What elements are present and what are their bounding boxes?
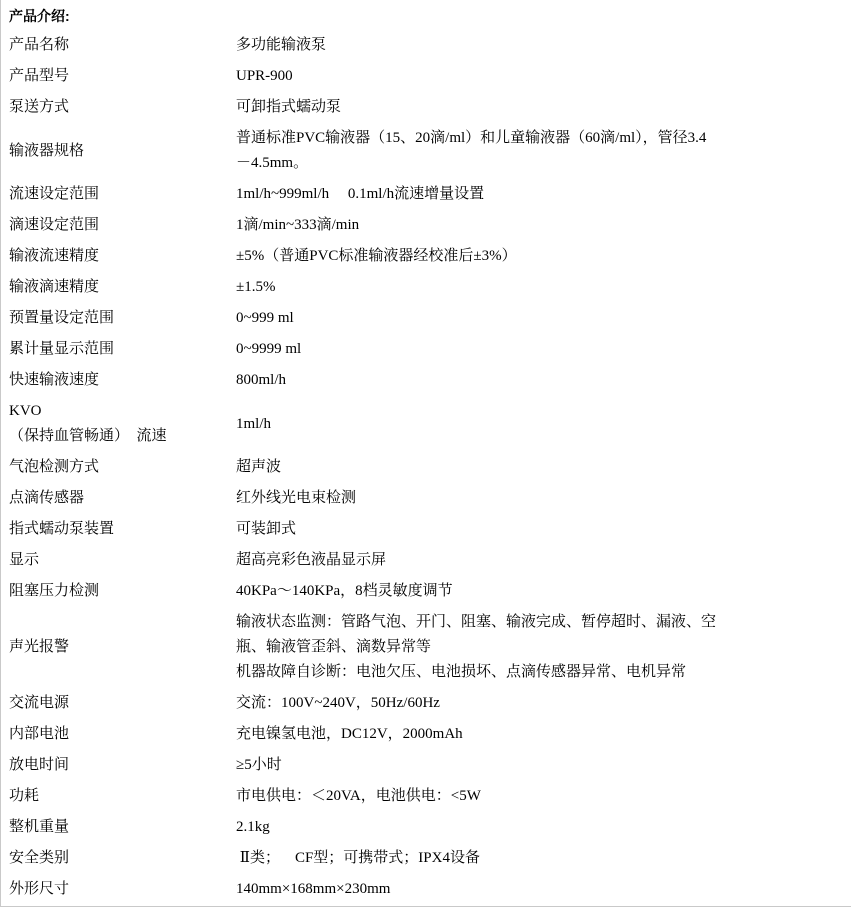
spec-label: KVO （保持血管畅通） 流速 xyxy=(1,399,236,449)
spec-value: ±5%（普通PVC标准输液器经校准后±3%） xyxy=(236,244,517,269)
spec-row: 指式蠕动泵装置 可装卸式 xyxy=(1,514,851,545)
spec-label: 交流电源 xyxy=(1,691,236,716)
spec-row: 累计量显示范围 0~9999 ml xyxy=(1,334,851,365)
spec-value: 800ml/h xyxy=(236,368,286,393)
spec-row: 阻塞压力检测 40KPa～140KPa，8档灵敏度调节 xyxy=(1,576,851,607)
spec-row: 气泡检测方式 超声波 xyxy=(1,452,851,483)
spec-value: 输液状态监测：管路气泡、开门、阻塞、输液完成、暂停超时、漏液、空 瓶、输液管歪斜… xyxy=(236,610,716,685)
page-title: 产品介绍: xyxy=(1,8,851,24)
spec-row: 泵送方式 可卸指式蠕动泵 xyxy=(1,92,851,123)
spec-table: 产品名称 多功能输液泵 产品型号 UPR-900 泵送方式 可卸指式蠕动泵 输液… xyxy=(1,30,851,905)
spec-row: 输液滴速精度 ±1.5% xyxy=(1,272,851,303)
product-spec-page: 产品介绍: 产品名称 多功能输液泵 产品型号 UPR-900 泵送方式 可卸指式… xyxy=(0,0,851,907)
spec-row: 显示 超高亮彩色液晶显示屏 xyxy=(1,545,851,576)
spec-label: 安全类别 xyxy=(1,846,236,871)
spec-label: 阻塞压力检测 xyxy=(1,579,236,604)
spec-label: 显示 xyxy=(1,548,236,573)
spec-label: 预置量设定范围 xyxy=(1,306,236,331)
spec-value: 充电镍氢电池，DC12V，2000mAh xyxy=(236,722,463,747)
spec-label: 声光报警 xyxy=(1,635,236,660)
spec-value: 1滴/min~333滴/min xyxy=(236,213,359,238)
spec-value: 0~999 ml xyxy=(236,306,294,331)
spec-label: 快速输液速度 xyxy=(1,368,236,393)
spec-row: 流速设定范围 1ml/h~999ml/h 0.1ml/h流速增量设置 xyxy=(1,179,851,210)
spec-row: 产品名称 多功能输液泵 xyxy=(1,30,851,61)
spec-row: 功耗 市电供电：＜20VA，电池供电：<5W xyxy=(1,781,851,812)
spec-row: 输液流速精度 ±5%（普通PVC标准输液器经校准后±3%） xyxy=(1,241,851,272)
spec-label: 气泡检测方式 xyxy=(1,455,236,480)
spec-value: 超声波 xyxy=(236,455,281,480)
spec-value: 140mm×168mm×230mm xyxy=(236,877,390,902)
spec-value: 超高亮彩色液晶显示屏 xyxy=(236,548,386,573)
spec-label: 内部电池 xyxy=(1,722,236,747)
spec-label: 功耗 xyxy=(1,784,236,809)
spec-row: 预置量设定范围 0~999 ml xyxy=(1,303,851,334)
spec-value: ±1.5% xyxy=(236,275,275,300)
spec-row: 滴速设定范围 1滴/min~333滴/min xyxy=(1,210,851,241)
spec-value: 0~9999 ml xyxy=(236,337,301,362)
spec-value: Ⅱ类； CF型；可携带式；IPX4设备 xyxy=(236,846,480,871)
spec-label: 放电时间 xyxy=(1,753,236,778)
spec-value: ≥5小时 xyxy=(236,753,282,778)
spec-label: 输液器规格 xyxy=(1,139,236,164)
spec-label: 流速设定范围 xyxy=(1,182,236,207)
spec-value: 多功能输液泵 xyxy=(236,33,326,58)
spec-row: 产品型号 UPR-900 xyxy=(1,61,851,92)
spec-label: 滴速设定范围 xyxy=(1,213,236,238)
spec-label: 输液滴速精度 xyxy=(1,275,236,300)
spec-label: 外形尺寸 xyxy=(1,877,236,902)
spec-value: 2.1kg xyxy=(236,815,270,840)
spec-value: 市电供电：＜20VA，电池供电：<5W xyxy=(236,784,481,809)
spec-value: UPR-900 xyxy=(236,64,293,89)
spec-value: 普通标准PVC输液器（15、20滴/ml）和儿童输液器（60滴/ml），管径3.… xyxy=(236,126,706,176)
spec-label: 整机重量 xyxy=(1,815,236,840)
spec-row: 点滴传感器 红外线光电束检测 xyxy=(1,483,851,514)
spec-label: 累计量显示范围 xyxy=(1,337,236,362)
spec-row: 内部电池 充电镍氢电池，DC12V，2000mAh xyxy=(1,719,851,750)
spec-value: 40KPa～140KPa，8档灵敏度调节 xyxy=(236,579,453,604)
spec-label: 产品型号 xyxy=(1,64,236,89)
spec-row: 输液器规格 普通标准PVC输液器（15、20滴/ml）和儿童输液器（60滴/ml… xyxy=(1,123,851,179)
spec-row: 交流电源 交流：100V~240V，50Hz/60Hz xyxy=(1,688,851,719)
spec-label: 点滴传感器 xyxy=(1,486,236,511)
spec-row: 外形尺寸 140mm×168mm×230mm xyxy=(1,874,851,905)
spec-label: 输液流速精度 xyxy=(1,244,236,269)
spec-value: 红外线光电束检测 xyxy=(236,486,356,511)
spec-row: 声光报警 输液状态监测：管路气泡、开门、阻塞、输液完成、暂停超时、漏液、空 瓶、… xyxy=(1,607,851,688)
spec-label: 产品名称 xyxy=(1,33,236,58)
spec-value: 可卸指式蠕动泵 xyxy=(236,95,341,120)
spec-row: KVO （保持血管畅通） 流速 1ml/h xyxy=(1,396,851,452)
spec-row: 安全类别 Ⅱ类； CF型；可携带式；IPX4设备 xyxy=(1,843,851,874)
spec-value: 1ml/h xyxy=(236,412,271,437)
spec-value: 可装卸式 xyxy=(236,517,296,542)
spec-row: 放电时间 ≥5小时 xyxy=(1,750,851,781)
spec-row: 整机重量 2.1kg xyxy=(1,812,851,843)
spec-label: 泵送方式 xyxy=(1,95,236,120)
spec-value: 交流：100V~240V，50Hz/60Hz xyxy=(236,691,440,716)
spec-value: 1ml/h~999ml/h 0.1ml/h流速增量设置 xyxy=(236,182,484,207)
spec-row: 快速输液速度 800ml/h xyxy=(1,365,851,396)
spec-label: 指式蠕动泵装置 xyxy=(1,517,236,542)
